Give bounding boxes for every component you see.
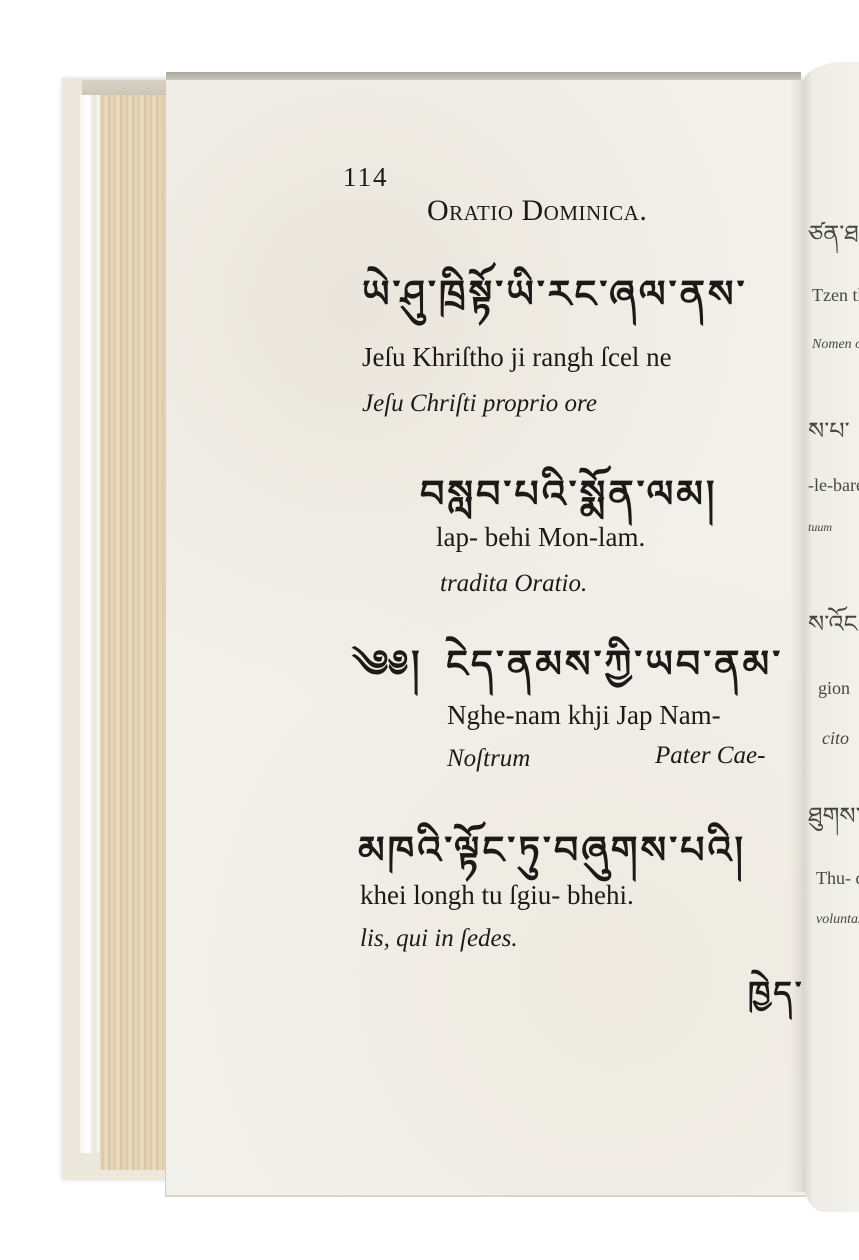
facing-fragment-10: ཐུགས་དོ bbox=[808, 790, 859, 857]
facing-fragment-4: ས་པ་ bbox=[808, 405, 859, 472]
latin-line-3-left: Noſtrum bbox=[447, 745, 530, 773]
page-edges-stack bbox=[100, 95, 166, 1170]
latin-line-3-right: Pater Cae- bbox=[655, 742, 765, 770]
facing-fragment-1: ཙན་ཐ bbox=[808, 208, 859, 275]
facing-fragment-5: -le-bare g bbox=[808, 475, 859, 496]
book-photograph: 114 Oratio Dominica. ཡེ་ཤུ་ཁྲིསྟོ་ཡི་རང་… bbox=[0, 0, 859, 1260]
facing-fragment-2: Tzen th bbox=[812, 285, 859, 306]
facing-fragment-11: Thu- do bbox=[816, 868, 859, 889]
facing-fragment-12: voluntas bbox=[816, 912, 859, 928]
flyleaf-edges bbox=[80, 95, 102, 1153]
latin-line-4: lis, qui in ſedes. bbox=[360, 925, 518, 953]
transliteration-line-1: Jeſu Khriſtho ji rangh ſcel ne bbox=[362, 342, 672, 373]
facing-fragment-8: gion bbox=[818, 678, 859, 699]
facing-fragment-7: ས་འོང bbox=[808, 598, 859, 665]
page-number: 114 bbox=[343, 162, 389, 193]
latin-line-1: Jeſu Chriſti proprio ore bbox=[362, 390, 597, 418]
facing-fragment-9: cito bbox=[822, 728, 859, 749]
transliteration-line-4: khei longh tu ſgiu- bhehi. bbox=[360, 880, 634, 911]
running-head: Oratio Dominica. bbox=[427, 194, 647, 228]
facing-fragment-6: tuum bbox=[808, 520, 859, 535]
tibetan-ornament: ༄༅། bbox=[352, 622, 423, 729]
transliteration-line-3: Nghe-nam khji Jap Nam- bbox=[447, 700, 721, 731]
facing-fragment-3: Nomen om bbox=[812, 337, 859, 353]
transliteration-line-2: lap- behi Mon-lam. bbox=[436, 522, 645, 553]
catchword: ཁྱེད་ bbox=[748, 958, 805, 1048]
latin-line-2: tradita Oratio. bbox=[440, 570, 587, 598]
